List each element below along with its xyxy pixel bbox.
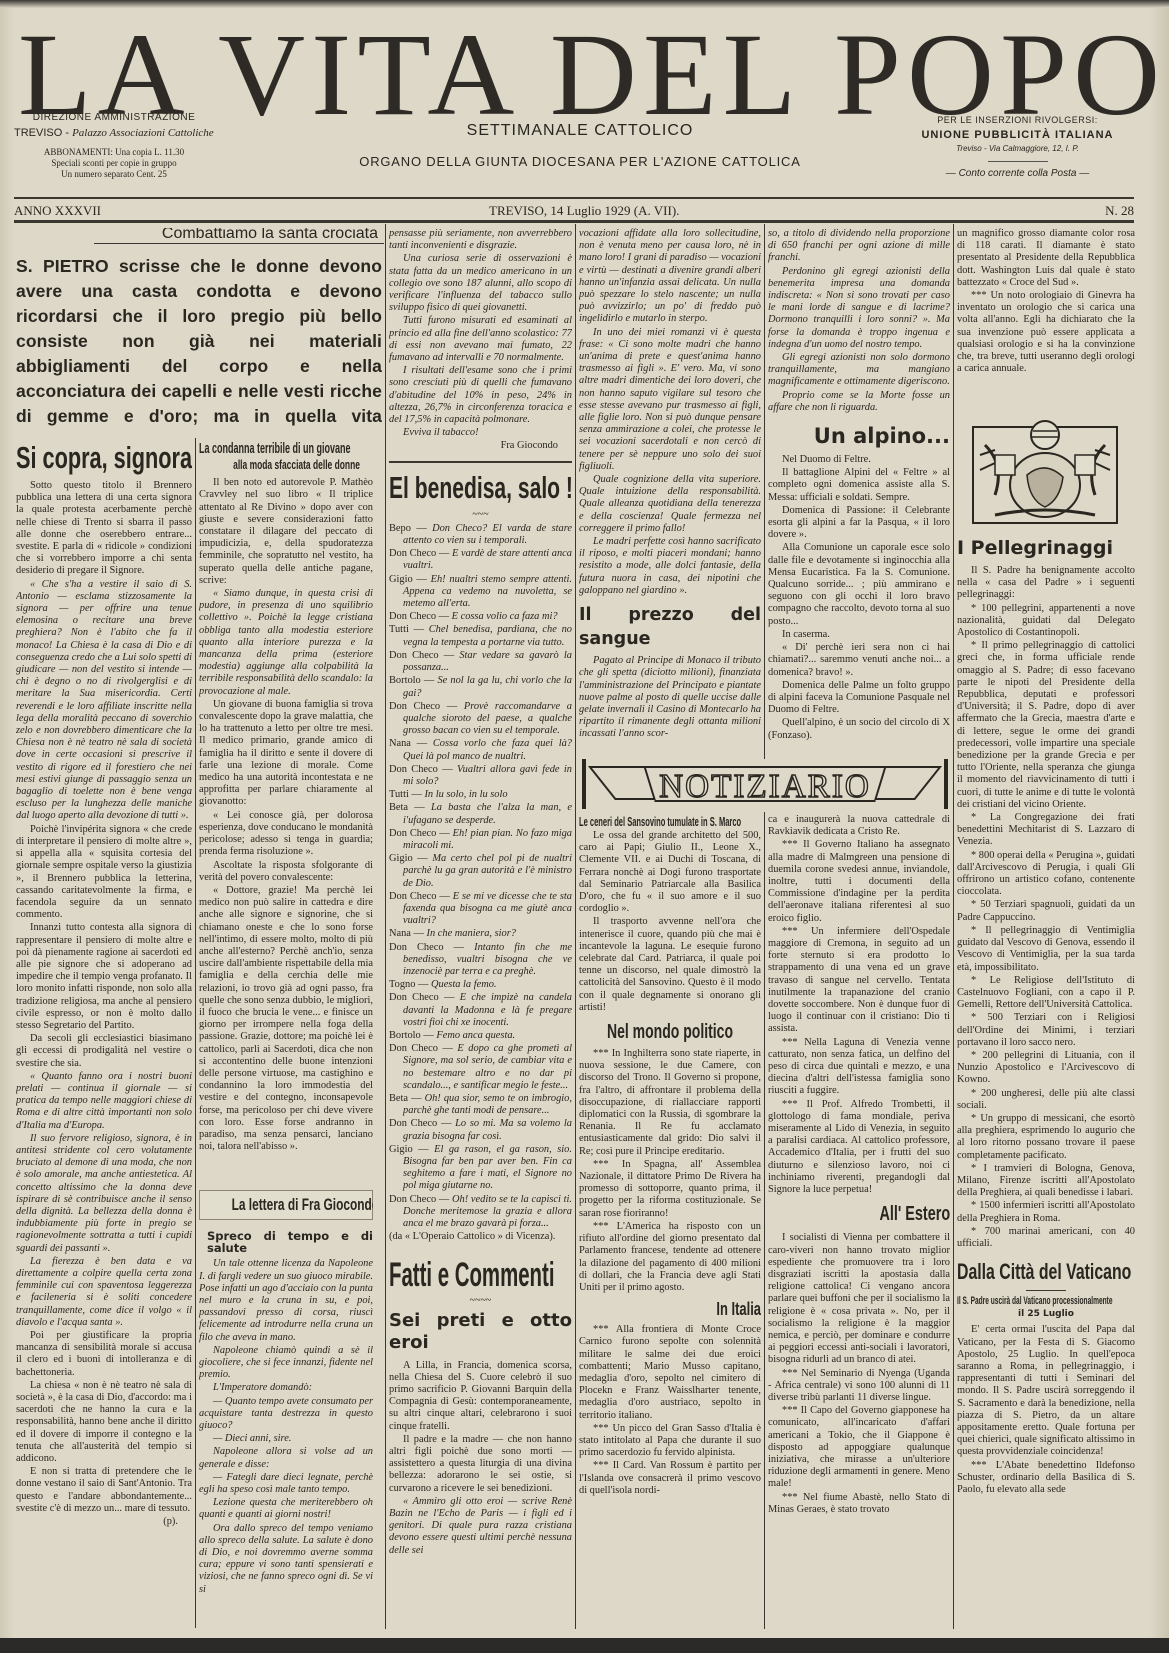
- headline-pellegrinaggi: I Pellegrinaggi: [957, 535, 1135, 561]
- headline-citta-del-vaticano: Dalla Città del Vaticano: [957, 1258, 1085, 1286]
- divider: [1026, 1290, 1066, 1291]
- dialog: Bepo — Don Checo? El varda de stare atte…: [389, 523, 572, 1244]
- organ-subtitle: ORGANO DELLA GIUNTA DIOCESANA PER L'AZIO…: [300, 154, 860, 169]
- svg-text:NOTIZIARIO: NOTIZIARIO: [659, 768, 871, 805]
- masthead-right-info: PER LE INSERZIONI RIVOLGERSI: UNIONE PUB…: [905, 115, 1130, 179]
- column-rule: [385, 224, 386, 1629]
- dateline-rule: [14, 220, 1134, 223]
- newspaper-title: LA VITA DEL POPOLO: [18, 30, 1160, 120]
- fra-giocondo-box: La lettera di Fra Giocondo: [199, 1190, 373, 1220]
- masthead-left-info: DIREZIONE AMMINISTRAZIONE TREVISO - Pala…: [14, 112, 214, 180]
- masthead-center: SETTIMANALE CATTOLICO ORGANO DELLA GIUNT…: [300, 122, 860, 169]
- column-4-lower: Le ceneri del Sansovino tumulate in S. M…: [579, 814, 761, 1634]
- column-rule: [195, 438, 196, 1628]
- column-rule: [575, 224, 576, 1629]
- newspaper-page: LA VITA DEL POPOLO DIREZIONE AMMINISTRAZ…: [0, 0, 1169, 1653]
- headline-sei-preti: Sei preti e otto eroi: [389, 1310, 572, 1354]
- signature: (p).: [16, 1516, 192, 1528]
- lead-text: S. PIETRO scrisse che le donne devono av…: [16, 254, 382, 434]
- article-body: pensasse più seriamente, non avverrebber…: [389, 228, 572, 453]
- article-body: A Lilla, in Francia, domenica scorsa, ne…: [389, 1360, 572, 1557]
- direzione-label: DIREZIONE AMMINISTRAZIONE: [14, 112, 214, 123]
- column-4-top: vocazioni affidate alla loro sollecitudi…: [579, 228, 761, 758]
- column-5-top: so, a titolo di dividendo nella proporzi…: [768, 228, 950, 758]
- scan-edge-top: [0, 0, 1169, 8]
- column-rule: [764, 812, 765, 1629]
- scan-edge-bottom: [0, 1638, 1169, 1653]
- headline-in-italia: In Italia: [716, 1298, 761, 1320]
- article-body: Un tale ottenne licenza da Napoleone I. …: [199, 1258, 373, 1595]
- papal-tiara-icon: [965, 415, 1125, 530]
- fra-giocondo-title: La lettera di Fra Giocondo: [232, 1195, 373, 1215]
- column-6-lower: I Pellegrinaggi Il S. Padre ha benigname…: [957, 535, 1135, 1635]
- headline-condanna: La condanna terribile di un giovane: [199, 440, 303, 457]
- subhead-spreco: Spreco di tempo e di salute: [207, 1230, 373, 1254]
- divider: [94, 243, 384, 244]
- year-label: ANNO XXXVII: [14, 203, 101, 219]
- divider: [988, 161, 1048, 162]
- headline-el-benedisa: El benedisa, salo !: [389, 469, 513, 507]
- section-fatti-e-commenti: Fatti e Commenti: [389, 1255, 499, 1295]
- notiziario-banner: NOTIZIARIO: [582, 759, 948, 809]
- column-rule: [764, 224, 765, 759]
- article-body: Sotto questo titolo il Brennero pubblica…: [16, 480, 192, 1528]
- weekly-subtitle: SETTIMANALE CATTOLICO: [300, 122, 860, 140]
- divider: [389, 461, 572, 463]
- signature: Fra Giocondo: [389, 440, 572, 452]
- headline-un-alpino: Un alpino...: [768, 422, 950, 450]
- headline-si-copra: Si copra, signora !: [16, 440, 139, 476]
- subscription-info: ABBONAMENTI: Una copia L. 11.30 Speciali…: [14, 147, 214, 180]
- direzione-address: TREVISO - Palazzo Associazioni Cattolich…: [14, 127, 214, 139]
- masthead-rule: [14, 197, 1134, 199]
- column-1: Si copra, signora ! Sotto questo titolo …: [16, 440, 192, 1635]
- headline-mondo-politico: Nel mondo politico: [607, 1020, 733, 1044]
- article-body: Il ben noto ed autorevole P. Mathèo Crav…: [199, 477, 373, 1153]
- banner-ribbon-icon: NOTIZIARIO: [586, 759, 944, 809]
- subheadline-condanna: alla moda sfacciata delle donne: [233, 457, 360, 472]
- column-6-top: un magnifico grosso diamante color rosa …: [957, 228, 1135, 413]
- papal-emblem-illustration: [965, 415, 1125, 530]
- column-3: pensasse più seriamente, non avverrebber…: [389, 228, 572, 1633]
- ornament: ~~~~: [389, 1295, 572, 1307]
- issue-number: N. 28: [1105, 203, 1134, 219]
- issue-date: TREVISO, 14 Luglio 1929 (A. VII).: [489, 203, 679, 219]
- headline-sansovino: Le ceneri del Sansovino tumulate in S. M…: [579, 814, 685, 830]
- column-5-lower: ca e inaugurerà la nuova cattedrale di R…: [768, 814, 950, 1634]
- headline-all-estero: All' Estero: [879, 1202, 950, 1226]
- ornament: ~~~: [389, 509, 572, 521]
- headline-prezzo-del-sangue: Il prezzo del sangue: [579, 603, 761, 651]
- advertising-agency: UNIONE PUBBLICITÀ ITALIANA: [905, 129, 1130, 141]
- lead-kicker: Combattiamo la santa crociata: [14, 228, 384, 240]
- column-2-lower: La lettera di Fra Giocondo Spreco di tem…: [199, 1190, 373, 1630]
- subhead-vaticano: Il S. Padre uscirà dal Vaticano processi…: [957, 1295, 1064, 1308]
- subhead-date: il 25 Luglio: [957, 1308, 1135, 1320]
- column-rule: [953, 224, 954, 1629]
